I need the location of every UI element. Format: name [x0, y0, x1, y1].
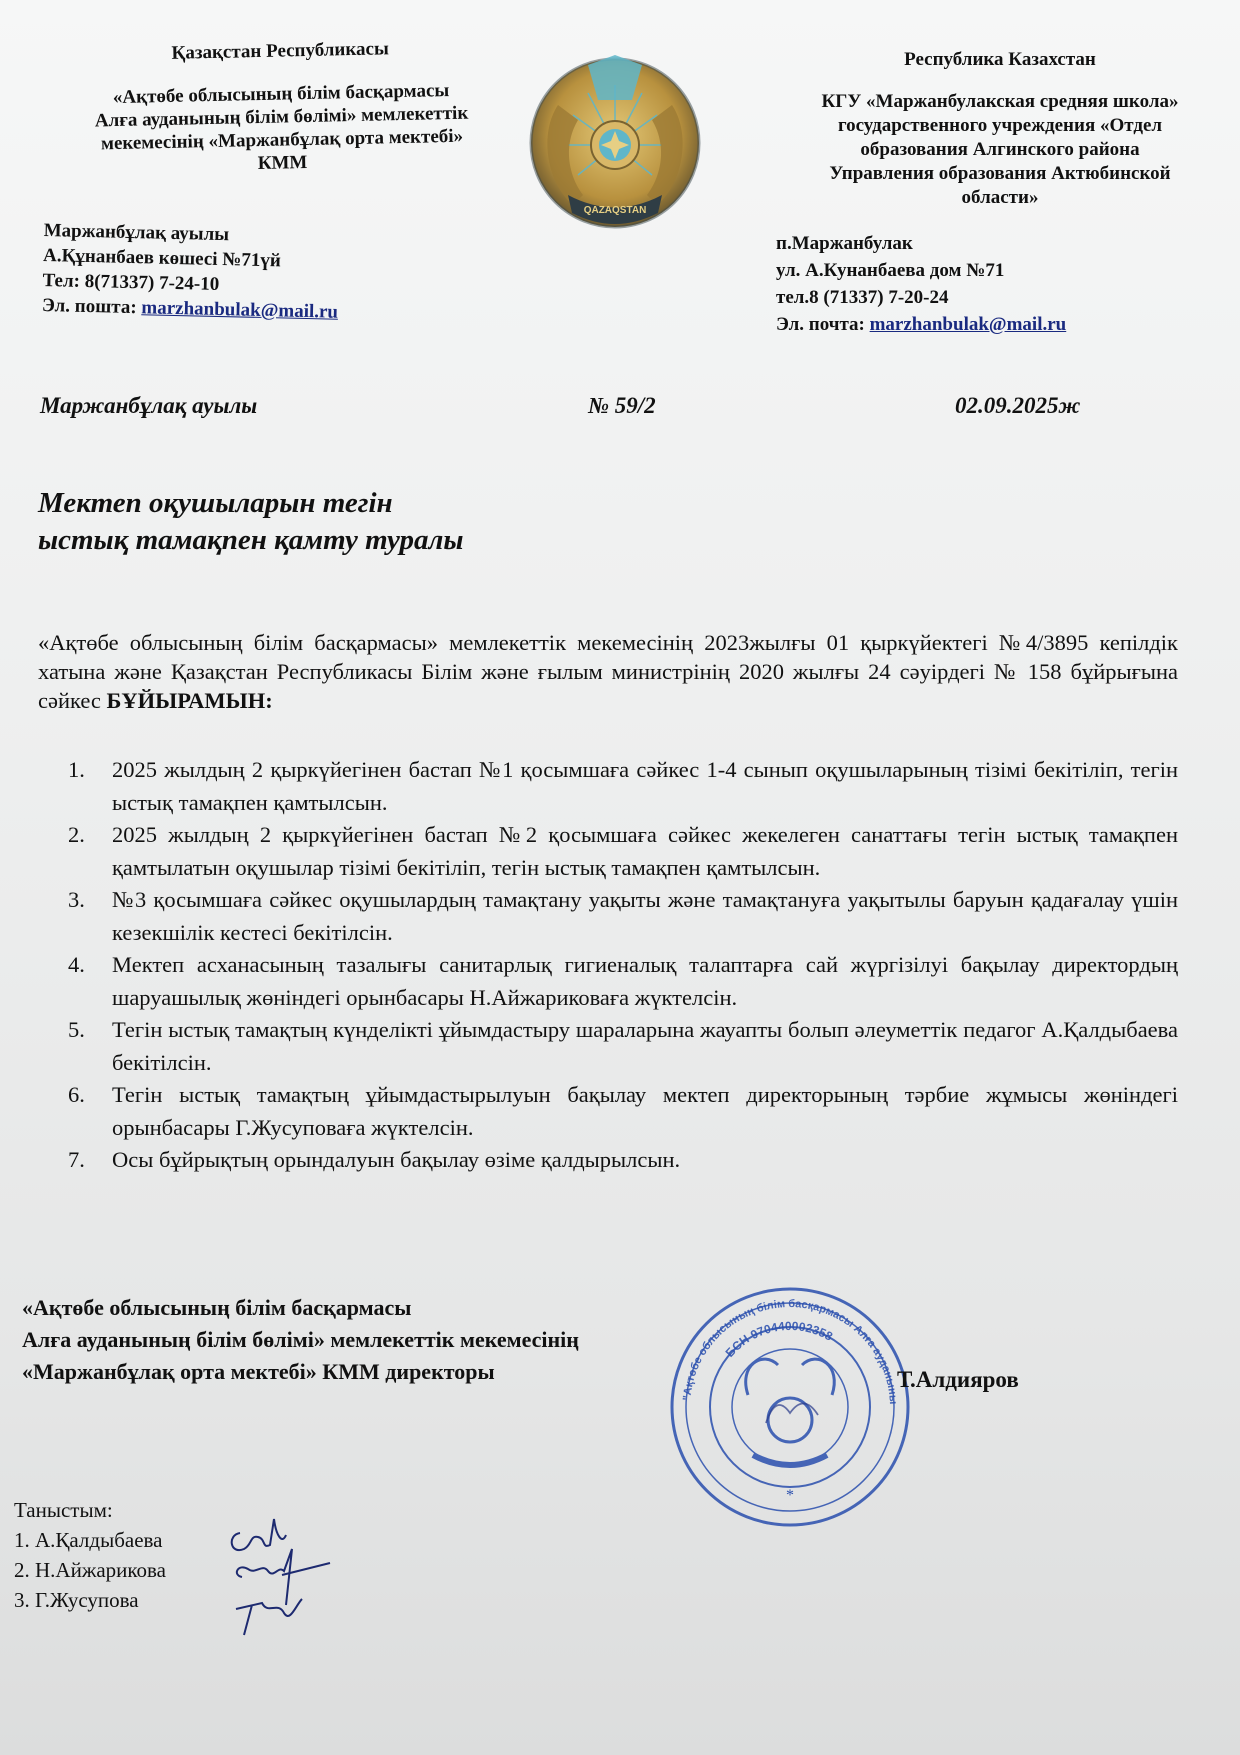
acknowledged-person: 3. Г.Жусупова: [14, 1585, 166, 1615]
address-line: п.Маржанбулак: [776, 230, 1066, 257]
header-left-kazakh: Қазақстан Республикасы «Ақтөбе облысының…: [20, 34, 543, 180]
address-right: п.Маржанбулак ул. А.Кунанбаева дом №71 т…: [776, 230, 1066, 338]
org-line: Управления образования Актюбинской: [770, 162, 1230, 186]
country-name-kz: Қазақстан Республикасы: [20, 34, 540, 68]
address-left: Маржанбұлақ ауылы А.Құнанбаев көшесі №71…: [42, 218, 340, 325]
order-item: 6.Тегін ыстық тамақтың ұйымдастырылуын б…: [78, 1079, 1178, 1144]
handwritten-signature-icon: [222, 1505, 342, 1645]
address-line: ул. А.Кунанбаева дом №71: [776, 257, 1066, 284]
document-place: Маржанбұлақ ауылы: [40, 393, 257, 419]
svg-text:*: *: [786, 1487, 794, 1504]
document-number: № 59/2: [588, 393, 656, 419]
signature-line: Алға ауданының білім бөлімі» мемлекеттік…: [22, 1324, 579, 1356]
order-item: 4.Мектеп асханасының тазалығы санитарлық…: [78, 949, 1178, 1014]
order-word: БҰЙЫРАМЫН:: [107, 688, 273, 713]
header-right-russian: Республика Казахстан КГУ «Маржанбулакска…: [770, 48, 1230, 210]
email-line: Эл. почта: marzhanbulak@mail.ru: [776, 311, 1066, 338]
order-item: 5.Тегін ыстық тамақтың күнделікті ұйымда…: [78, 1014, 1178, 1079]
director-name: Т.Алдияров: [897, 1367, 1019, 1393]
acknowledgement-label: Таныстым:: [14, 1495, 166, 1525]
order-item: 2.2025 жылдың 2 қыркүйегінен бастап №2 қ…: [78, 819, 1178, 884]
email-link[interactable]: marzhanbulak@mail.ru: [141, 297, 338, 322]
signature-line: «Ақтөбе облысының білім басқармасы: [22, 1292, 579, 1324]
order-items-list: 1.2025 жылдың 2 қыркүйегінен бастап №1 қ…: [78, 754, 1178, 1177]
acknowledged-person: 2. Н.Айжарикова: [14, 1555, 166, 1585]
svg-text:БСН 970440002358: БСН 970440002358: [723, 1319, 836, 1360]
document-date: 02.09.2025ж: [955, 393, 1080, 419]
svg-text:"Ақтөбе облысының білім басқар: "Ақтөбе облысының білім басқармасы Алға …: [668, 1285, 899, 1405]
svg-text:QAZAQSTAN: QAZAQSTAN: [584, 205, 647, 216]
preamble-paragraph: «Ақтөбе облысының білім басқармасы» мемл…: [38, 628, 1178, 715]
email-label: Эл. пошта:: [42, 295, 142, 318]
order-item: 1.2025 жылдың 2 қыркүйегінен бастап №1 қ…: [78, 754, 1178, 819]
email-label: Эл. почта:: [776, 314, 870, 335]
order-item: 3.№3 қосымшаға сәйкес оқушылардың тамақт…: [78, 884, 1178, 949]
title-line: Мектеп оқушыларын тегін: [38, 485, 463, 522]
signature-line: «Маржанбұлақ орта мектебі» КММ директоры: [22, 1356, 579, 1388]
org-line: образования Алгинского района: [770, 138, 1230, 162]
org-line: области»: [770, 186, 1230, 210]
email-line: Эл. пошта: marzhanbulak@mail.ru: [42, 293, 339, 325]
acknowledged-person: 1. А.Қалдыбаева: [14, 1525, 166, 1555]
email-link[interactable]: marzhanbulak@mail.ru: [870, 314, 1067, 335]
org-line: КГУ «Маржанбулакская средняя школа»: [770, 90, 1230, 114]
official-stamp-icon: "Ақтөбе облысының білім басқармасы Алға …: [668, 1285, 913, 1530]
director-signature-block: «Ақтөбе облысының білім басқармасы Алға …: [22, 1292, 579, 1388]
address-line: тел.8 (71337) 7-20-24: [776, 284, 1066, 311]
title-line: ыстық тамақпен қамту туралы: [38, 522, 463, 559]
acknowledgement-block: Таныстым: 1. А.Қалдыбаева 2. Н.Айжариков…: [14, 1495, 166, 1615]
country-name-ru: Республика Казахстан: [770, 48, 1230, 72]
document-title: Мектеп оқушыларын тегін ыстық тамақпен қ…: [38, 485, 463, 559]
order-item: 7.Осы бұйрықтың орындалуын бақылау өзіме…: [78, 1144, 1178, 1177]
org-line: государственного учреждения «Отдел: [770, 114, 1230, 138]
kazakhstan-emblem-icon: QAZAQSTAN: [528, 45, 703, 245]
